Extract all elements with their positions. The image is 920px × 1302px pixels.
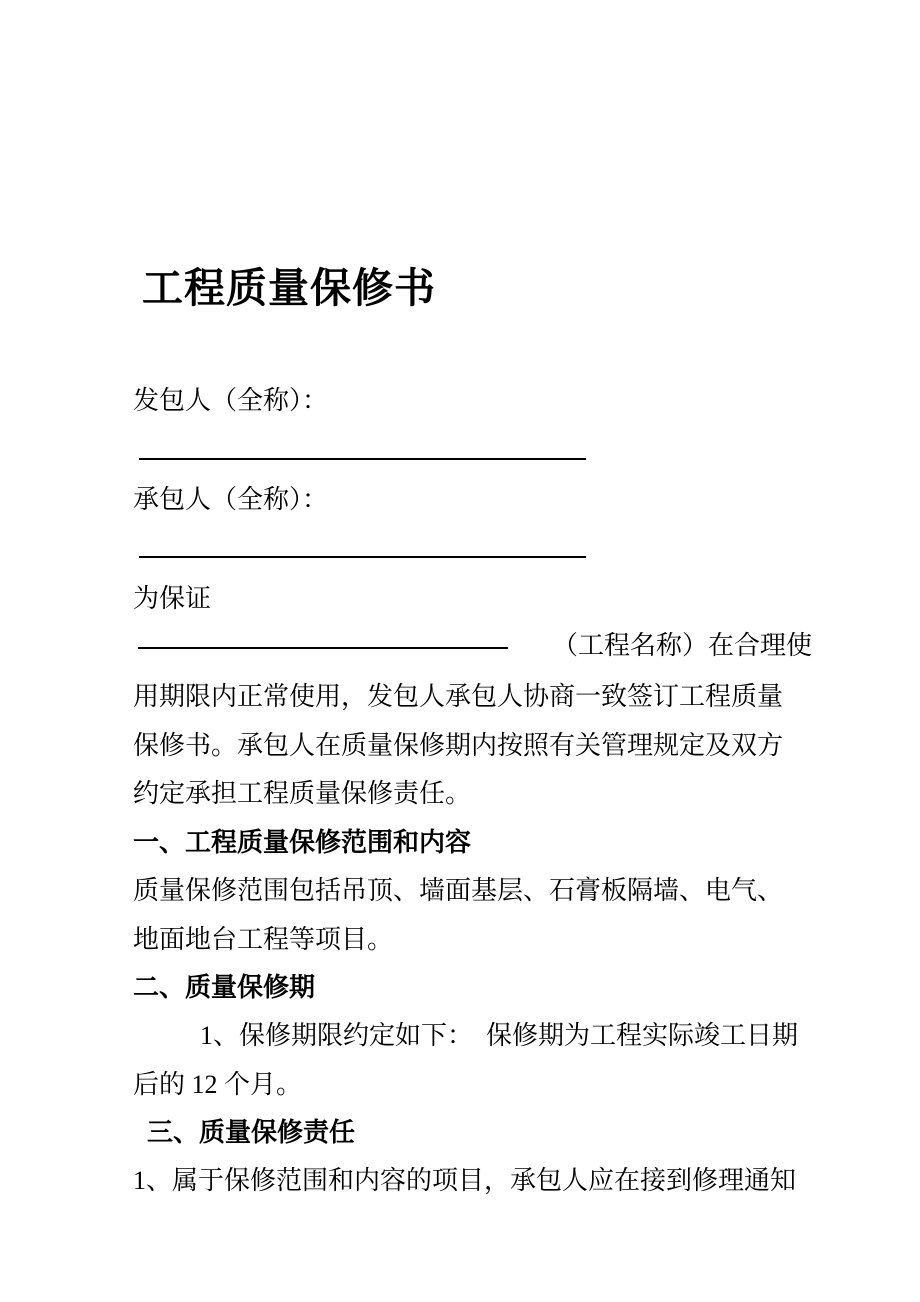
section-3-heading: 三、质量保修责任 — [147, 1116, 355, 1150]
party-a-blank-field[interactable] — [139, 458, 586, 460]
document-page: 工程质量保修书 发包人（全称）： 承包人（全称）： 为保证 （工程名称）在合理使… — [0, 0, 920, 1302]
preamble-line: 用期限内正常使用，发包人承包人协商一致签订工程质量 — [133, 680, 783, 714]
preamble-line: 保修书。承包人在质量保修期内按照有关管理规定及双方 — [133, 729, 783, 763]
section-3-line: 1、属于保修范围和内容的项目，承包人应在接到修理通知 — [133, 1164, 796, 1198]
section-1-heading: 一、工程质量保修范围和内容 — [133, 826, 471, 860]
party-a-label: 发包人（全称）： — [133, 384, 328, 418]
project-name-note: （工程名称）在合理使 — [552, 629, 812, 663]
preamble-lead: 为保证 — [133, 582, 211, 616]
section-1-line: 质量保修范围包括吊顶、墙面基层、石膏板隔墙、电气、 — [133, 874, 783, 908]
section-2-heading: 二、质量保修期 — [133, 971, 315, 1005]
project-name-blank-field[interactable] — [138, 647, 508, 649]
party-b-label: 承包人（全称）： — [133, 483, 328, 517]
section-1-line: 地面地台工程等项目。 — [133, 923, 393, 957]
document-title: 工程质量保修书 — [142, 262, 436, 315]
party-b-blank-field[interactable] — [139, 556, 586, 558]
preamble-line: 约定承担工程质量保修责任。 — [133, 777, 471, 811]
section-2-line: 1、保修期限约定如下： 保修期为工程实际竣工日期 — [200, 1019, 798, 1053]
section-2-line: 后的 12 个月。 — [133, 1068, 302, 1102]
